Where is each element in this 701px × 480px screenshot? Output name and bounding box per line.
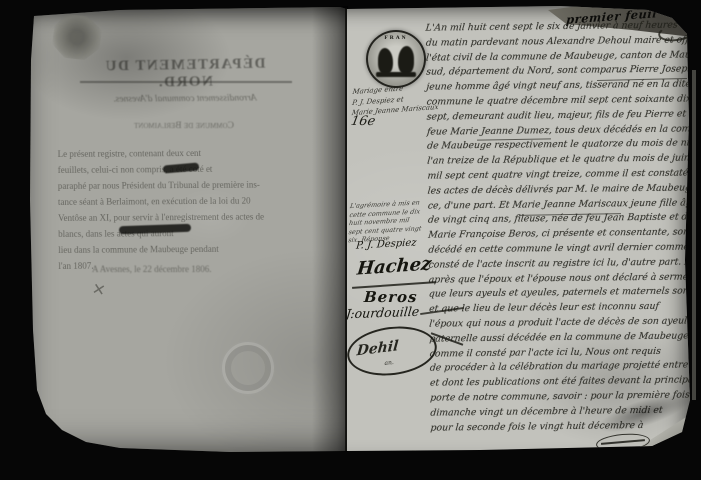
paraph-scribble-icon	[595, 432, 650, 454]
stamp-figure-icon	[398, 46, 414, 74]
stamp-base	[376, 72, 416, 77]
certification-line: lieu dans la commune de Maubeuge pendant	[58, 240, 326, 258]
mirrored-commune-line: Commune de Berlaimont	[104, 121, 264, 131]
marriage-act-text: L'An mil huit cent sept le six de janvie…	[425, 18, 692, 435]
certification-date-line: A Avesnes, le 22 décembre 1806.	[92, 264, 302, 274]
revenue-stamp-icon: FRAN	[366, 30, 426, 88]
certification-line: tance séant à Berlaimont, en exécution d…	[58, 192, 326, 210]
certification-line: Ventôse an XI, pour servir à l'enregistr…	[58, 208, 326, 226]
signature-jourdouille: J:ourdouille	[345, 304, 420, 322]
mirrored-department-header: DÉPARTEMENT DU NORD.	[78, 55, 293, 93]
header-rule	[80, 81, 292, 83]
signature-hachez: Hachez	[356, 253, 432, 279]
stamp-arc-text: FRAN	[368, 35, 424, 41]
pencil-cross-mark: ✕	[90, 279, 107, 301]
signature-flourish-oval: Dehil an.	[344, 322, 439, 381]
certification-line: blancs, dans les actes qui auront	[58, 224, 326, 242]
certification-line: paraphé par nous Président du Tribunal d…	[58, 176, 326, 194]
page-edge-sliver	[692, 70, 696, 400]
signature-subscript: an.	[384, 359, 394, 367]
act-number: 16e	[350, 114, 377, 129]
watermark-ring-icon	[222, 342, 274, 394]
stamp-figure-icon	[378, 48, 393, 74]
signature-despiez: P. J. Despiez	[356, 237, 417, 251]
book-gutter-shadow	[312, 6, 348, 452]
certification-line: Le présent registre, contenant deux cent	[58, 144, 326, 162]
ink-stamp-icon	[52, 14, 102, 60]
signature-dehil: Dehil	[356, 338, 399, 359]
mirrored-arrondissement-line: Arrondissement communal d'Avesnes.	[92, 93, 278, 105]
scanned-register-spread: DÉPARTEMENT DU NORD. Arrondissement comm…	[0, 0, 701, 480]
